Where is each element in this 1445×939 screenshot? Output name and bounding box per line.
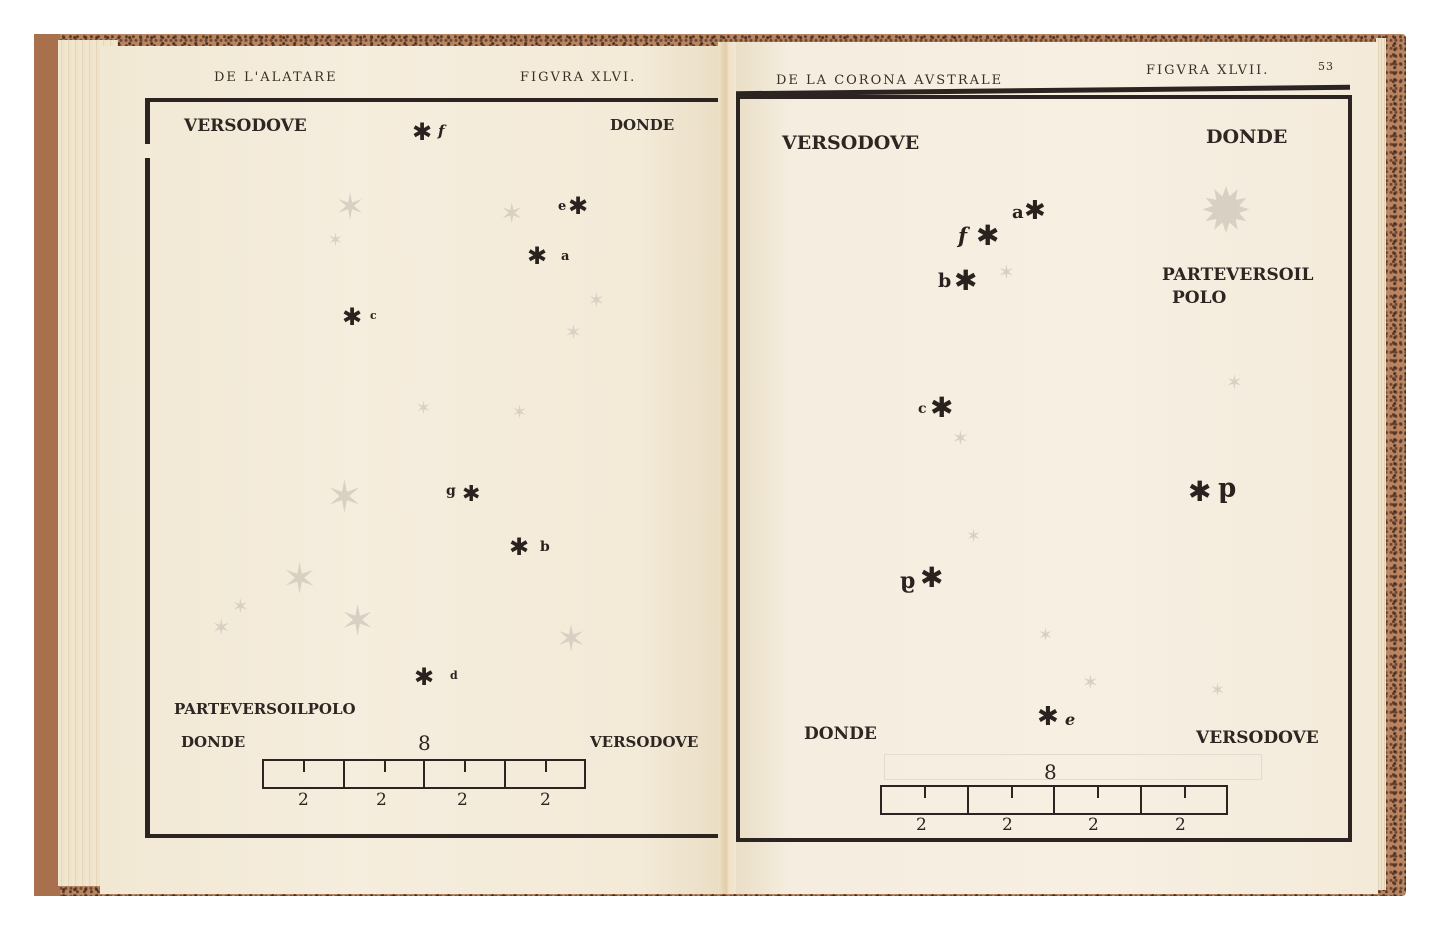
ghost-star-icon: ✶ <box>952 428 969 448</box>
ghost-star-icon: ✶ <box>966 528 981 546</box>
star-letter: d <box>1218 478 1236 504</box>
star-letter: b <box>540 540 550 554</box>
ghost-star-icon: ✹ <box>1200 180 1252 242</box>
star-letter: g <box>900 570 915 592</box>
star-icon: ✱ <box>1037 704 1059 730</box>
ghost-scale-bar <box>884 754 1262 780</box>
left-scale-total: 8 <box>418 731 431 755</box>
right-running-head: DE LA CORONA AVSTRALE <box>776 73 1003 88</box>
ghost-star-icon: ✶ <box>282 558 317 600</box>
right-pole-label-line1: PARTEVERSOIL <box>1162 265 1313 285</box>
book-spine-edge <box>34 34 60 896</box>
ghost-star-icon: ✶ <box>416 400 431 418</box>
star-icon: ✱ <box>412 120 432 144</box>
ghost-star-icon: ✶ <box>1082 672 1099 692</box>
star-icon: ✱ <box>930 394 953 422</box>
star-letter: e <box>558 200 566 213</box>
left-scale-bar <box>262 759 586 789</box>
star-icon: ✱ <box>509 535 529 559</box>
star-letter: b <box>938 272 951 291</box>
star-icon: ✱ <box>527 244 547 268</box>
star-letter: g <box>446 484 456 498</box>
ghost-star-icon: ✶ <box>500 200 523 228</box>
scale-segment <box>264 761 345 787</box>
left-bottom-right-label: VERSODOVE <box>590 733 698 751</box>
scale-segment <box>345 761 426 787</box>
left-scale-division: 2 <box>376 790 387 810</box>
scale-segment <box>1055 787 1142 813</box>
ghost-star-icon: ✶ <box>1038 627 1053 645</box>
star-letter: c <box>918 402 927 416</box>
right-pole-label-line2: POLO <box>1172 288 1226 308</box>
right-scale-bar <box>880 785 1228 815</box>
right-scale-total: 8 <box>1044 760 1057 784</box>
star-letter: f <box>958 225 967 246</box>
left-scale-division: 2 <box>298 790 309 810</box>
star-icon: ✱ <box>1188 478 1211 506</box>
scale-segment <box>425 761 506 787</box>
left-pole-label: PARTEVERSOILPOLO <box>174 700 356 718</box>
left-scale-division: 2 <box>540 790 551 810</box>
star-icon: ✱ <box>976 222 999 250</box>
ghost-star-icon: ✶ <box>1226 372 1243 392</box>
ghost-star-icon: ✶ <box>1210 682 1225 700</box>
ghost-star-icon: ✶ <box>565 322 582 342</box>
star-letter: f <box>438 124 444 139</box>
star-letter: d <box>450 670 458 681</box>
right-figure-title: FIGVRA XLVII. <box>1146 63 1269 78</box>
left-top-right-label: DONDE <box>610 116 674 134</box>
left-running-head: DE L'ALATARE <box>214 70 338 85</box>
ghost-star-icon: ✶ <box>340 600 375 642</box>
right-top-right-label: DONDE <box>1206 126 1287 148</box>
right-bottom-right-label: VERSODOVE <box>1196 728 1319 748</box>
ghost-star-icon: ✶ <box>232 596 249 616</box>
left-top-left-label: VERSODOVE <box>184 116 307 136</box>
ghost-star-icon: ✶ <box>998 262 1015 282</box>
scale-segment <box>506 761 585 787</box>
right-top-left-label: VERSODOVE <box>782 132 919 154</box>
scale-segment <box>969 787 1056 813</box>
star-icon: ✱ <box>414 665 434 689</box>
star-letter: a <box>561 250 569 263</box>
left-scale-division: 2 <box>457 790 468 810</box>
ghost-star-icon: ✶ <box>328 232 343 250</box>
star-icon: ✱ <box>342 305 362 329</box>
ghost-star-icon: ✶ <box>326 476 363 520</box>
star-icon: ✱ <box>954 267 977 295</box>
ghost-star-icon: ✶ <box>212 618 230 640</box>
frame-gap <box>144 144 152 158</box>
star-letter: e <box>1065 712 1075 728</box>
star-icon: ✱ <box>568 194 588 218</box>
left-figure-title: FIGVRA XLVI. <box>520 70 636 85</box>
page-number: 53 <box>1318 60 1334 73</box>
star-letter: c <box>370 310 377 321</box>
star-icon: ✱ <box>1024 198 1046 224</box>
left-star-chart-frame <box>145 98 727 838</box>
star-icon: ✱ <box>462 484 480 506</box>
scale-segment <box>1142 787 1227 813</box>
right-scale-division: 2 <box>1088 815 1099 835</box>
right-scale-division: 2 <box>1175 815 1186 835</box>
ghost-star-icon: ✶ <box>588 290 605 310</box>
star-letter: a <box>1012 204 1024 222</box>
ghost-star-icon: ✶ <box>556 622 586 658</box>
scale-segment <box>882 787 969 813</box>
book-gutter-shadow <box>718 42 736 894</box>
right-scale-division: 2 <box>916 815 927 835</box>
ghost-star-icon: ✶ <box>512 404 527 422</box>
right-bottom-left-label: DONDE <box>804 724 877 744</box>
left-bottom-left-label: DONDE <box>181 733 245 751</box>
right-scale-division: 2 <box>1002 815 1013 835</box>
star-icon: ✱ <box>920 564 943 592</box>
ghost-star-icon: ✶ <box>335 190 365 226</box>
